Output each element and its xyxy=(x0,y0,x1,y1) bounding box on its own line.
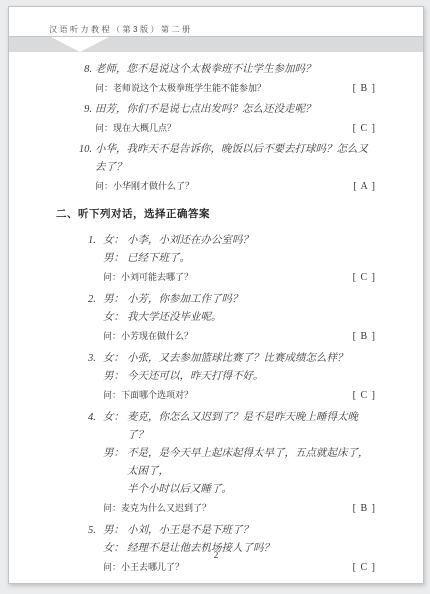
dialogue-line: 男： 今天还可以，昨天打得不好。 xyxy=(88,368,376,386)
speaker-label: 男： xyxy=(103,368,127,386)
item-number: 10. xyxy=(75,141,95,159)
answer-key: [ C ] xyxy=(353,120,376,138)
dialogue-text: 不是，是今天早上起床起得太早了，五点就起床了，太困了， xyxy=(127,445,376,481)
dialogue-item-3: 3. 女： 小张，又去参加篮球比赛了？比赛成绩怎么样？ 男： 今天还可以，昨天打… xyxy=(88,350,376,405)
item-number: 5. xyxy=(88,522,103,540)
statement-text: 去了？ xyxy=(95,159,376,177)
speaker-label: 男： xyxy=(103,250,127,268)
dialogue-text: 小张，又去参加篮球比赛了？比赛成绩怎么样？ xyxy=(127,350,376,368)
question-row: 问：现在大概几点？ [ C ] xyxy=(75,119,376,138)
dialogue-text: 今天还可以，昨天打得不好。 xyxy=(127,368,376,386)
question-text: 问：小刘可能去哪了？ xyxy=(103,268,193,286)
dialogue-continuation-line: 半个小时以后又睡了。 xyxy=(88,481,376,499)
speaker-label: 女： xyxy=(103,409,127,445)
statement-continuation-line: 去了？ xyxy=(75,159,376,177)
answer-key: [ C ] xyxy=(353,269,376,287)
dialogue-text: 小李，小刘还在办公室吗？ xyxy=(127,232,376,250)
indent-spacer xyxy=(88,368,103,386)
speaker-label: 男： xyxy=(103,291,127,309)
dialogue-text: 麦克，你怎么又迟到了？是不是昨天晚上睡得太晚了？ xyxy=(127,409,376,445)
question-row: 问：下面哪个选项对？ [ C ] xyxy=(88,386,376,405)
dialogue-line: 4. 女： 麦克，你怎么又迟到了？是不是昨天晚上睡得太晚了？ xyxy=(88,409,376,445)
question-text: 问：现在大概几点？ xyxy=(95,119,176,137)
answer-key: [ C ] xyxy=(353,387,376,405)
item-number: 4. xyxy=(88,409,103,445)
dialogue-text: 我大学还没毕业呢。 xyxy=(127,309,376,327)
dialogue-item-1: 1. 女： 小李，小刘还在办公室吗？ 男： 已经下班了。 问：小刘可能去哪了？ … xyxy=(88,232,376,287)
statement-text: 田芳，你们不是说七点出发吗？怎么还没走呢？ xyxy=(95,101,376,119)
header-band xyxy=(9,36,423,52)
dialogue-item-4: 4. 女： 麦克，你怎么又迟到了？是不是昨天晚上睡得太晚了？ 男： 不是，是今天… xyxy=(88,409,376,518)
dialogue-text: 已经下班了。 xyxy=(127,250,376,268)
speaker-label: 女： xyxy=(103,309,127,327)
exercise-item-8: 8. 老师，您不是说这个太极拳班不让学生参加吗？ 问：老师说这个太极拳班学生能不… xyxy=(75,61,376,98)
answer-key: [ B ] xyxy=(353,500,376,518)
answer-key: [ B ] xyxy=(353,80,376,98)
page-header: 汉语听力教程（第3版）第二册 xyxy=(9,7,423,52)
indent-spacer xyxy=(88,250,103,268)
item-number: 2. xyxy=(88,291,103,309)
indent-spacer xyxy=(75,159,95,177)
dialogue-line: 1. 女： 小李，小刘还在办公室吗？ xyxy=(88,232,376,250)
speaker-label: 女： xyxy=(103,350,127,368)
dialogue-line: 5. 男： 小刘，小王是不是下班了？ xyxy=(88,522,376,540)
indent-spacer xyxy=(88,445,103,481)
question-row: 问：麦克为什么又迟到了？ [ B ] xyxy=(88,499,376,518)
statement-line: 9. 田芳，你们不是说七点出发吗？怎么还没走呢？ xyxy=(75,101,376,119)
header-band-notch xyxy=(51,37,109,52)
dialogue-item-5: 5. 男： 小刘，小王是不是下班了？ 女： 经理不是让他去机场接人了吗？ 问：小… xyxy=(88,522,376,577)
statement-text: 小华，我昨天不是告诉你，晚饭以后不要去打球吗？怎么又 xyxy=(95,141,376,159)
question-text: 问：下面哪个选项对？ xyxy=(103,386,193,404)
exercise-item-10: 10. 小华，我昨天不是告诉你，晚饭以后不要去打球吗？怎么又 去了？ 问：小华刚… xyxy=(75,141,376,196)
speaker-label: 男： xyxy=(103,522,127,540)
dialogue-item-2: 2. 男： 小芳，你参加工作了吗？ 女： 我大学还没毕业呢。 问：小芳现在做什么… xyxy=(88,291,376,346)
speaker-label: 男： xyxy=(103,445,127,481)
dialogue-line: 男： 不是，是今天早上起床起得太早了，五点就起床了，太困了， xyxy=(88,445,376,481)
dialogue-text: 小芳，你参加工作了吗？ xyxy=(127,291,376,309)
dialogue-text: 半个小时以后又睡了。 xyxy=(127,481,376,499)
question-row: 问：小芳现在做什么？ [ B ] xyxy=(88,327,376,346)
question-row: 问：老师说这个太极拳班学生能不能参加？ [ B ] xyxy=(75,79,376,98)
dialogue-line: 3. 女： 小张，又去参加篮球比赛了？比赛成绩怎么样？ xyxy=(88,350,376,368)
exercise-item-9: 9. 田芳，你们不是说七点出发吗？怎么还没走呢？ 问：现在大概几点？ [ C ] xyxy=(75,101,376,138)
dialogue-text: 小刘，小王是不是下班了？ xyxy=(127,522,376,540)
statement-line: 8. 老师，您不是说这个太极拳班不让学生参加吗？ xyxy=(75,61,376,79)
question-row: 问：小刘可能去哪了？ [ C ] xyxy=(88,268,376,287)
indent-spacer xyxy=(88,309,103,327)
dialogue-line: 女： 我大学还没毕业呢。 xyxy=(88,309,376,327)
statement-text: 老师，您不是说这个太极拳班不让学生参加吗？ xyxy=(95,61,376,79)
page-number: 2 xyxy=(9,551,423,561)
header-title: 汉语听力教程（第3版）第二册 xyxy=(49,24,192,35)
question-row: 问：小华刚才做什么了？ [ A ] xyxy=(75,177,376,196)
section-heading: 二、听下列对话，选择正确答案 xyxy=(56,205,376,223)
question-text: 问：小芳现在做什么？ xyxy=(103,327,193,345)
answer-key: [ B ] xyxy=(353,328,376,346)
item-number: 3. xyxy=(88,350,103,368)
dialogue-line: 2. 男： 小芳，你参加工作了吗？ xyxy=(88,291,376,309)
dialogue-line: 男： 已经下班了。 xyxy=(88,250,376,268)
textbook-page: 汉语听力教程（第3版）第二册 8. 老师，您不是说这个太极拳班不让学生参加吗？ … xyxy=(8,6,424,584)
answer-key: [ C ] xyxy=(353,559,376,577)
speaker-label: 女： xyxy=(103,232,127,250)
statement-line: 10. 小华，我昨天不是告诉你，晚饭以后不要去打球吗？怎么又 xyxy=(75,141,376,159)
indent-spacer xyxy=(103,481,127,499)
item-number: 9. xyxy=(75,101,95,119)
item-number: 1. xyxy=(88,232,103,250)
exercise-content: 8. 老师，您不是说这个太极拳班不让学生参加吗？ 问：老师说这个太极拳班学生能不… xyxy=(9,52,423,577)
indent-spacer xyxy=(88,481,103,499)
answer-key: [ A ] xyxy=(353,178,376,196)
question-text: 问：麦克为什么又迟到了？ xyxy=(103,499,211,517)
question-text: 问：小华刚才做什么了？ xyxy=(95,177,194,195)
item-number: 8. xyxy=(75,61,95,79)
question-text: 问：老师说这个太极拳班学生能不能参加？ xyxy=(95,79,266,97)
